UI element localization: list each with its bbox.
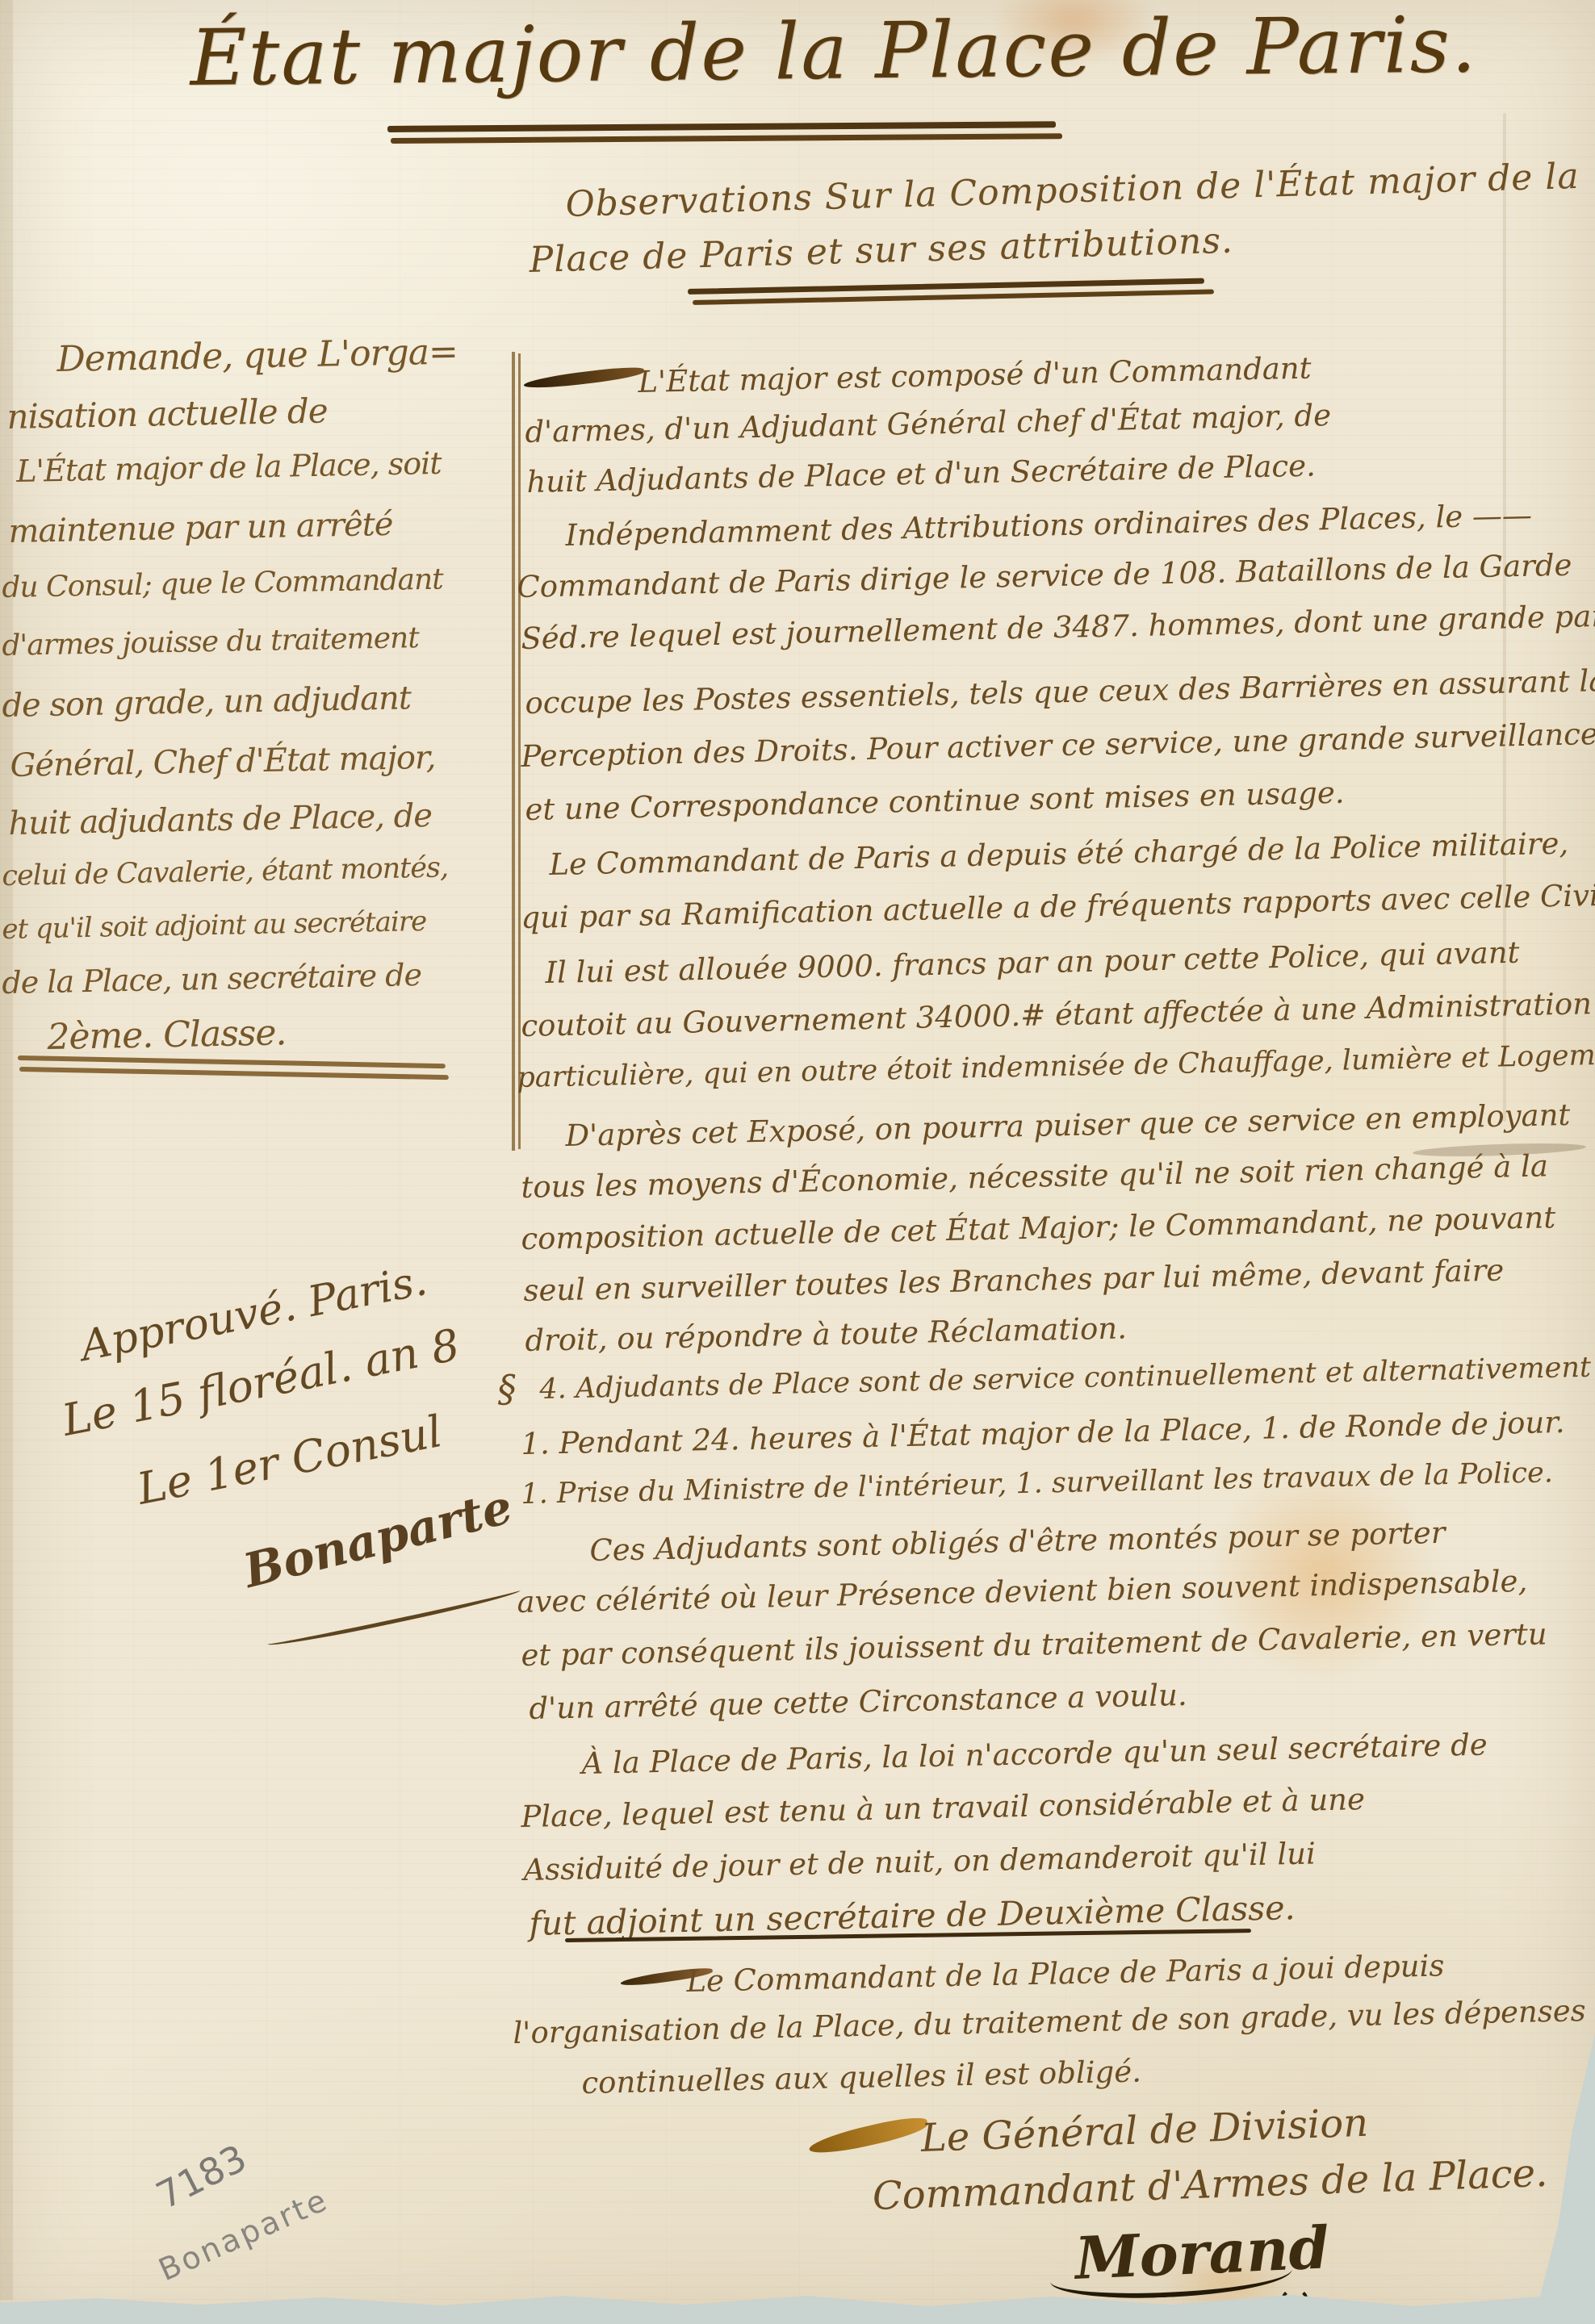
heading-line-2: Place de Paris et sur ses attributions. <box>529 220 1234 281</box>
main-line: seul en surveiller toutes les Branches p… <box>523 1253 1505 1308</box>
main-line: occupe les Postes essentiels, tels que c… <box>525 663 1595 721</box>
main-line: composition actuelle de cet État Major; … <box>521 1200 1556 1256</box>
title-rule-bottom <box>391 133 1062 144</box>
margin-note-line: du Consul; que le Commandant <box>2 563 443 604</box>
main-line: 1. Prise du Ministre de l'intérieur, 1. … <box>521 1457 1553 1511</box>
main-line: Le Commandant de Paris a depuis été char… <box>549 826 1569 882</box>
main-line: Séd.re lequel est journellement de 3487.… <box>521 598 1595 656</box>
edge-shadow <box>0 0 13 2300</box>
main-line: Assiduité de jour et de nuit, on demande… <box>523 1836 1316 1887</box>
main-line: d'armes, d'un Adjudant Général chef d'Ét… <box>525 398 1331 449</box>
paragraph-flourish <box>523 365 645 391</box>
margin-note-line: Général, Chef d'État major, <box>10 739 436 784</box>
main-line: d'un arrêté que cette Circonstance a vou… <box>529 1678 1187 1726</box>
pencil-inventory-number: 7183 <box>149 2136 253 2217</box>
main-line: et par conséquent ils jouissent du trait… <box>521 1616 1547 1673</box>
margin-note-line: nisation actuelle de <box>6 391 328 437</box>
closing-line-2: Commandant d'Armes de la Place. <box>872 2151 1548 2219</box>
main-line: D'après cet Exposé, on pourra puiser que… <box>565 1097 1571 1153</box>
margin-note-line: 2ème. Classe. <box>47 1012 287 1058</box>
main-line: tous les moyens d'Économie, nécessite qu… <box>521 1148 1548 1205</box>
heading-line-1: Observations Sur la Composition de l'Éta… <box>565 156 1580 225</box>
margin-note-line: et qu'il soit adjoint au secrétaire <box>2 905 427 946</box>
closing-line-1: Le Général de Division <box>920 2100 1369 2161</box>
main-line: À la Place de Paris, la loi n'accorde qu… <box>581 1727 1488 1780</box>
margin-note-line: maintenue par un arrêté <box>8 506 393 550</box>
main-line: Le Commandant de la Place de Paris a jou… <box>686 1948 1445 1999</box>
main-line: l'organisation de la Place, du traitemen… <box>513 1993 1586 2050</box>
margin-note-line: Demande, que L'orga= <box>57 331 458 380</box>
title-rule-top <box>387 121 1056 132</box>
main-line: 1. Pendant 24. heures à l'État major de … <box>521 1405 1565 1461</box>
main-line: L'État major est composé d'un Commandant <box>638 351 1312 399</box>
closing-flourish <box>807 2113 930 2159</box>
main-line: droit, ou répondre à toute Réclamation. <box>525 1310 1127 1358</box>
column-separator-rule <box>512 352 515 1151</box>
main-line: Ces Adjudants sont obligés d'être montés… <box>589 1515 1446 1568</box>
main-line: Perception des Droits. Pour activer ce s… <box>521 717 1595 774</box>
main-line: particulière, qui en outre étoit indemni… <box>517 1039 1595 1094</box>
morand-paraph-hook <box>1282 2288 1308 2308</box>
margin-note-line: d'armes jouisse du traitement <box>2 621 419 663</box>
main-line: et une Correspondance continue sont mise… <box>525 775 1345 827</box>
morand-paraph <box>1049 2250 1293 2301</box>
margin-note-line: de son grade, un adjudant <box>2 679 411 725</box>
main-line: qui par sa Ramification actuelle a de fr… <box>521 877 1595 935</box>
manuscript-page: État major de la Place de Paris. Observa… <box>0 0 1595 2324</box>
page-title: État major de la Place de Paris. <box>190 0 1478 103</box>
main-line: Place, lequel est tenu à un travail cons… <box>521 1782 1365 1834</box>
main-line: avec célérité où leur Présence devient b… <box>517 1564 1528 1620</box>
main-line: Commandant de Paris dirige le service de… <box>517 548 1572 604</box>
bonaparte-signature: Bonaparte <box>238 1479 517 1599</box>
margin-note-line: huit adjudants de Place, de <box>8 797 432 842</box>
main-line: 4. Adjudants de Place sont de service co… <box>539 1352 1591 1406</box>
section-mark: § <box>497 1367 517 1411</box>
margin-note-line: L'État major de la Place, soit <box>16 445 442 489</box>
main-line: Indépendamment des Attributions ordinair… <box>565 498 1532 553</box>
main-line: Il lui est allouée 9000. francs par an p… <box>545 935 1520 990</box>
margin-note-rule-bottom <box>19 1067 449 1080</box>
margin-note-line: de la Place, un secrétaire de <box>2 957 421 1001</box>
signature-flourish <box>266 1584 521 1649</box>
main-line: continuelles aux quelles il est obligé. <box>581 2054 1141 2100</box>
margin-note-rule-top <box>18 1055 446 1068</box>
main-line: huit Adjudants de Place et d'un Secrétai… <box>526 449 1316 499</box>
main-line: coutoit au Gouvernement 34000.# étant af… <box>521 986 1592 1043</box>
margin-note-line: celui de Cavalerie, étant montés, <box>2 851 448 892</box>
